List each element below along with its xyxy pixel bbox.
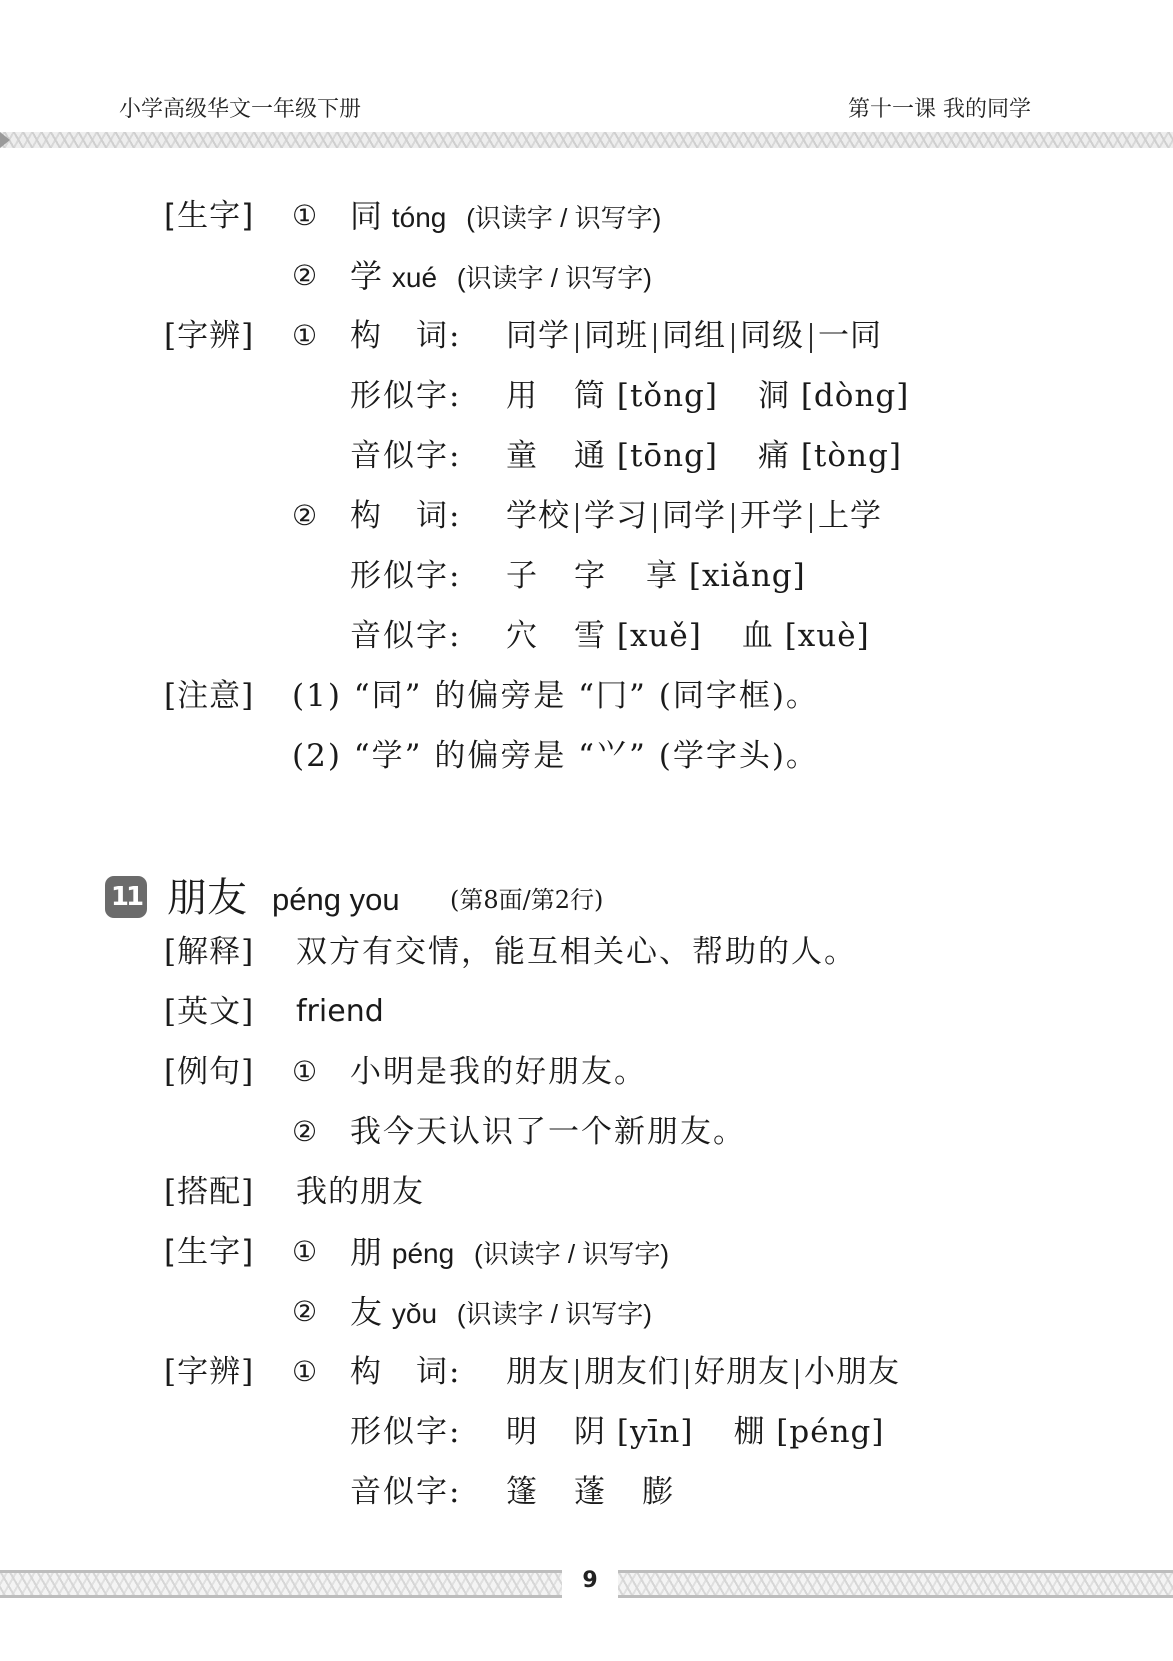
word: 同级 [740,318,804,354]
header-decorative-band [0,132,1173,148]
word: 小朋友 [804,1354,900,1390]
label-yingwen: [英文] [164,992,254,1032]
similar-sound-char: 痛 [tòng] [758,438,902,474]
similar-char: 子 [506,558,538,594]
label-shengzi: [生字] [164,196,254,236]
page-number: 9 [562,1568,618,1593]
divider [810,323,812,353]
goupci-list: 朋友朋友们好朋友小朋友 [506,1352,900,1392]
entry-word: 朋友 [167,874,247,922]
word: 同学 [506,318,570,354]
shengzi-item: 友 yǒu (识读字 / 识写字) [350,1292,652,1332]
word: 同学 [662,498,726,534]
item-number: ① [292,1052,317,1092]
yinsi-list: 穴雪 [xuě]血 [xuè] [506,616,870,656]
label-zibian: [字辨] [164,1352,254,1392]
shengzi-item: 同 tóng (识读字 / 识写字) [350,196,661,236]
xingsi-label: 形似字: [350,556,461,596]
entry-reference: (第8面/第2行) [450,880,603,920]
xingsi-list: 用筒 [tǒng]洞 [dòng] [506,376,909,416]
item-number: ② [292,1292,317,1332]
note-item: (2) “学” 的偏旁是 “⺍” (学字头)。 [292,736,819,776]
similar-char: 字 [574,558,606,594]
similar-sound-char: 童 [506,438,538,474]
char-type-note: (识读字 / 识写字) [466,203,661,233]
similar-char: 棚 [péng] [733,1414,884,1450]
word: 同班 [584,318,648,354]
label-shengzi: [生字] [164,1232,254,1272]
divider [810,503,812,533]
label-liju: [例句] [164,1052,254,1092]
item-number: ① [292,1352,317,1392]
divider [732,503,734,533]
divider [686,1359,688,1389]
english-text: friend [296,992,384,1032]
word: 学习 [584,498,648,534]
xingsi-label: 形似字: [350,1412,461,1452]
divider [654,323,656,353]
char-type-note: (识读字 / 识写字) [474,1239,669,1269]
character: 同 [350,197,382,235]
goupci-list: 同学同班同组同级一同 [506,316,882,356]
word: 好朋友 [694,1354,790,1390]
similar-sound-char: 膨 [642,1474,674,1510]
pinyin: yǒu [392,1298,437,1329]
similar-char: 用 [506,378,538,414]
divider [576,323,578,353]
yinsi-list: 童通 [tōng]痛 [tòng] [506,436,902,476]
book-title: 小学高级华文一年级下册 [119,92,361,123]
item-number: ① [292,1232,317,1272]
similar-sound-char: 通 [tōng] [574,438,718,474]
item-number: ① [292,196,317,236]
lesson-title: 第十一课 我的同学 [848,92,1031,123]
note-item: (1) “同” 的偏旁是 “冂” (同字框)。 [292,676,819,716]
goupci-label: 构 词: [350,1352,461,1392]
definition-text: 双方有交情，能互相关心、帮助的人。 [296,932,857,972]
word: 朋友 [506,1354,570,1390]
pinyin: xué [392,262,437,293]
yinsi-label: 音似字: [350,1472,461,1512]
divider [732,323,734,353]
xingsi-list: 子字享 [xiǎng] [506,556,806,596]
similar-char: 明 [506,1414,538,1450]
similar-char: 阴 [yīn] [574,1414,693,1450]
char-type-note: (识读字 / 识写字) [457,263,652,293]
label-dapei: [搭配] [164,1172,254,1212]
word: 上学 [818,498,882,534]
similar-sound-char: 穴 [506,618,538,654]
word: 学校 [506,498,570,534]
character: 朋 [350,1233,382,1271]
band-arrow-icon [0,132,10,148]
example-sentence: 我今天认识了一个新朋友。 [350,1112,746,1152]
entry-number-badge: 11 [105,876,147,918]
pinyin: tóng [392,202,447,233]
divider [576,1359,578,1389]
pinyin: péng [392,1238,454,1269]
item-number: ② [292,1112,317,1152]
goupci-label: 构 词: [350,496,461,536]
word: 开学 [740,498,804,534]
divider [654,503,656,533]
word: 同组 [662,318,726,354]
word: 朋友们 [584,1354,680,1390]
yinsi-label: 音似字: [350,436,461,476]
similar-sound-char: 蓬 [574,1474,606,1510]
similar-sound-char: 篷 [506,1474,538,1510]
entry-pinyin: péng you [272,878,400,922]
similar-sound-char: 血 [xuè] [742,618,870,654]
label-jieshi: [解释] [164,932,254,972]
similar-char: 享 [xiǎng] [646,558,806,594]
footer-decorative-band-right [618,1570,1173,1598]
character: 友 [350,1293,382,1331]
item-number: ① [292,316,317,356]
shengzi-item: 学 xué (识读字 / 识写字) [350,256,652,296]
char-type-note: (识读字 / 识写字) [457,1299,652,1329]
footer-decorative-band-left [0,1570,562,1598]
xingsi-list: 明阴 [yīn]棚 [péng] [506,1412,884,1452]
yinsi-list: 篷蓬膨 [506,1472,674,1512]
label-zibian: [字辨] [164,316,254,356]
goupci-label: 构 词: [350,316,461,356]
similar-char: 筒 [tǒng] [574,378,718,414]
goupci-list: 学校学习同学开学上学 [506,496,882,536]
example-sentence: 小明是我的好朋友。 [350,1052,647,1092]
divider [576,503,578,533]
label-zhuyi: [注意] [164,676,254,716]
character: 学 [350,257,382,295]
collocation-text: 我的朋友 [296,1172,424,1212]
shengzi-item: 朋 péng (识读字 / 识写字) [350,1232,669,1272]
word: 一同 [818,318,882,354]
yinsi-label: 音似字: [350,616,461,656]
item-number: ② [292,256,317,296]
similar-sound-char: 雪 [xuě] [574,618,702,654]
item-number: ② [292,496,317,536]
similar-char: 洞 [dòng] [758,378,909,414]
xingsi-label: 形似字: [350,376,461,416]
divider [796,1359,798,1389]
